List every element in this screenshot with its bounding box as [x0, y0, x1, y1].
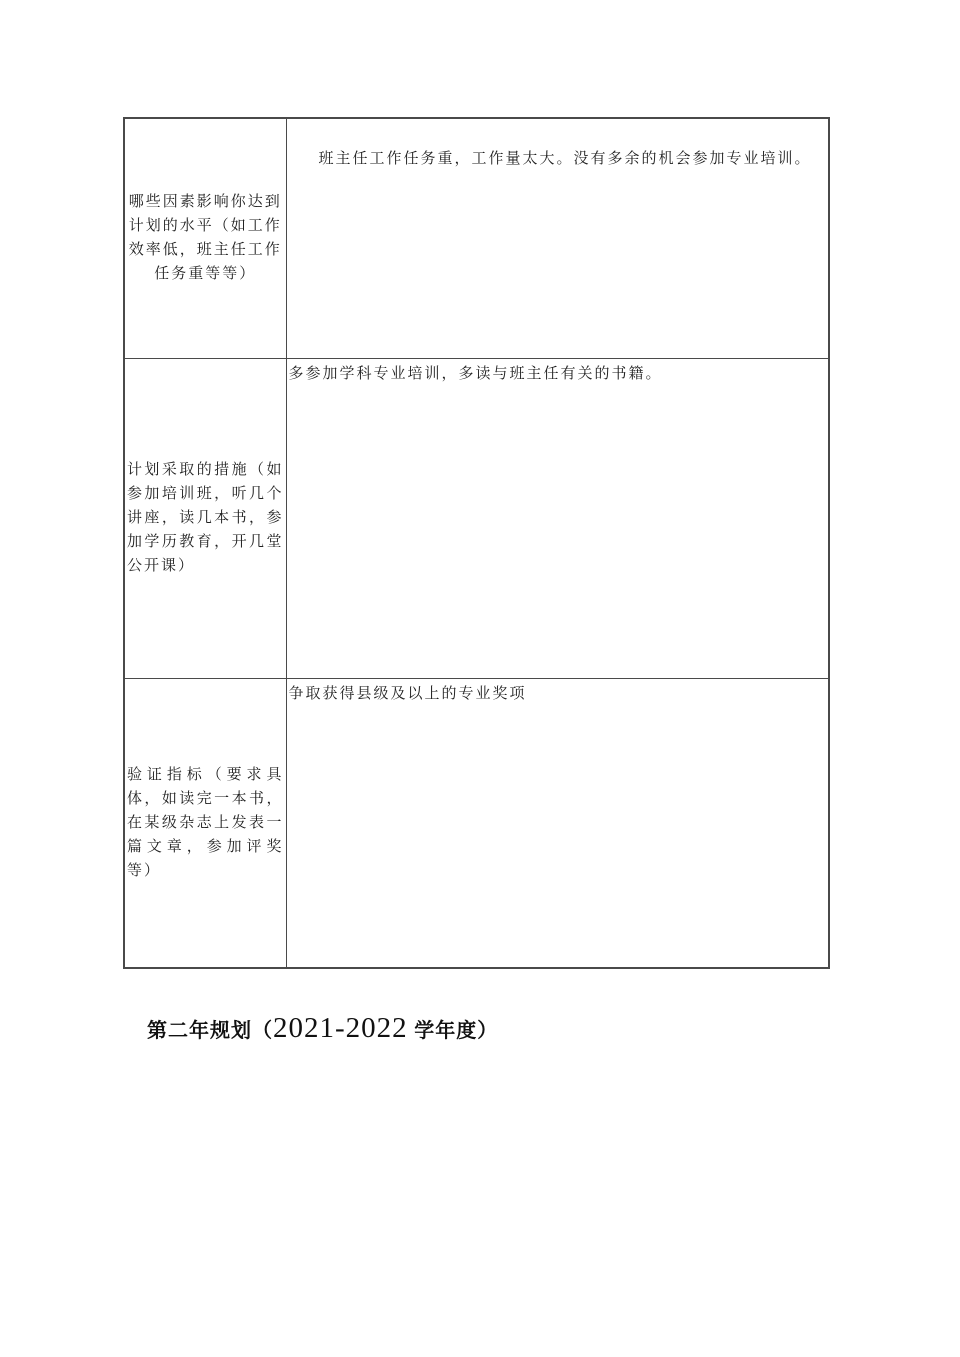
- row-value-influencing-factors: 班主任工作任务重，工作量太大。没有多余的机会参加专业培训。: [286, 118, 829, 358]
- heading-year-range: 2021-2022: [273, 1012, 408, 1044]
- heading-prefix: 第二年规划（: [147, 1020, 273, 1042]
- row-value-planned-measures: 多参加学科专业培训，多读与班主任有关的书籍。: [286, 358, 829, 678]
- table-row-verification-indicators: 验证指标（要求具体，如读完一本书，在某级杂志上发表一篇文章，参加评奖等） 争取获…: [124, 678, 829, 968]
- second-year-plan-heading: 第二年规划（2021-2022 学年度）: [147, 1012, 498, 1045]
- row-label-verification-indicators: 验证指标（要求具体，如读完一本书，在某级杂志上发表一篇文章，参加评奖等）: [124, 678, 286, 968]
- table-row-planned-measures: 计划采取的措施（如参加培训班，听几个讲座，读几本书，参加学历教育，开几堂公开课）…: [124, 358, 829, 678]
- heading-suffix: 学年度）: [408, 1020, 499, 1042]
- plan-table: 哪些因素影响你达到计划的水平（如工作效率低，班主任工作任务重等等） 班主任工作任…: [123, 117, 830, 969]
- table-row-influencing-factors: 哪些因素影响你达到计划的水平（如工作效率低，班主任工作任务重等等） 班主任工作任…: [124, 118, 829, 358]
- document-page: 哪些因素影响你达到计划的水平（如工作效率低，班主任工作任务重等等） 班主任工作任…: [0, 0, 960, 1357]
- row-value-verification-indicators: 争取获得县级及以上的专业奖项: [286, 678, 829, 968]
- row-label-planned-measures: 计划采取的措施（如参加培训班，听几个讲座，读几本书，参加学历教育，开几堂公开课）: [124, 358, 286, 678]
- row-label-influencing-factors: 哪些因素影响你达到计划的水平（如工作效率低，班主任工作任务重等等）: [124, 118, 286, 358]
